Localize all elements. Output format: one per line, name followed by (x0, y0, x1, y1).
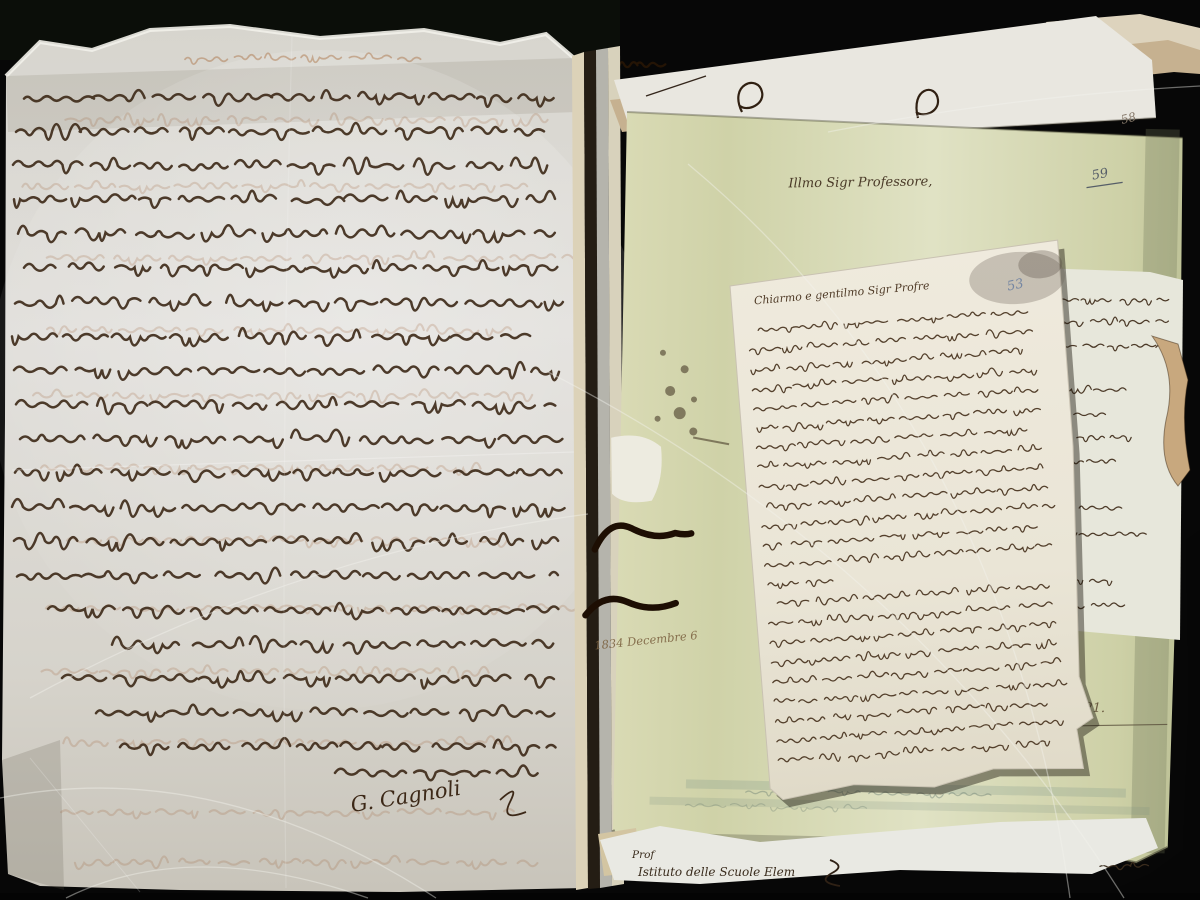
bottom-left-shade (2, 740, 64, 890)
letter-53: Chiarmo e gentilmo Sigr Profre 53 (728, 240, 1103, 809)
sheet-59-heading: Illmo Sigr Professore, (787, 174, 932, 191)
bottom-label-line2: Istituto delle Scuole Elem (637, 865, 795, 879)
bottom-label-line1: Prof (631, 849, 656, 861)
torn-white-patch (610, 435, 662, 503)
letter-53-paper (728, 240, 1097, 801)
manuscript-photo-canvas: G. Cagnoli 58 Illmo Sigr Professore, (0, 0, 1200, 900)
background-bottom-strip (0, 893, 1200, 900)
page-number-59: 59 (1091, 166, 1110, 184)
archival-manuscript-photo: G. Cagnoli 58 Illmo Sigr Professore, (0, 0, 1200, 900)
left-page: G. Cagnoli (0, 26, 667, 892)
